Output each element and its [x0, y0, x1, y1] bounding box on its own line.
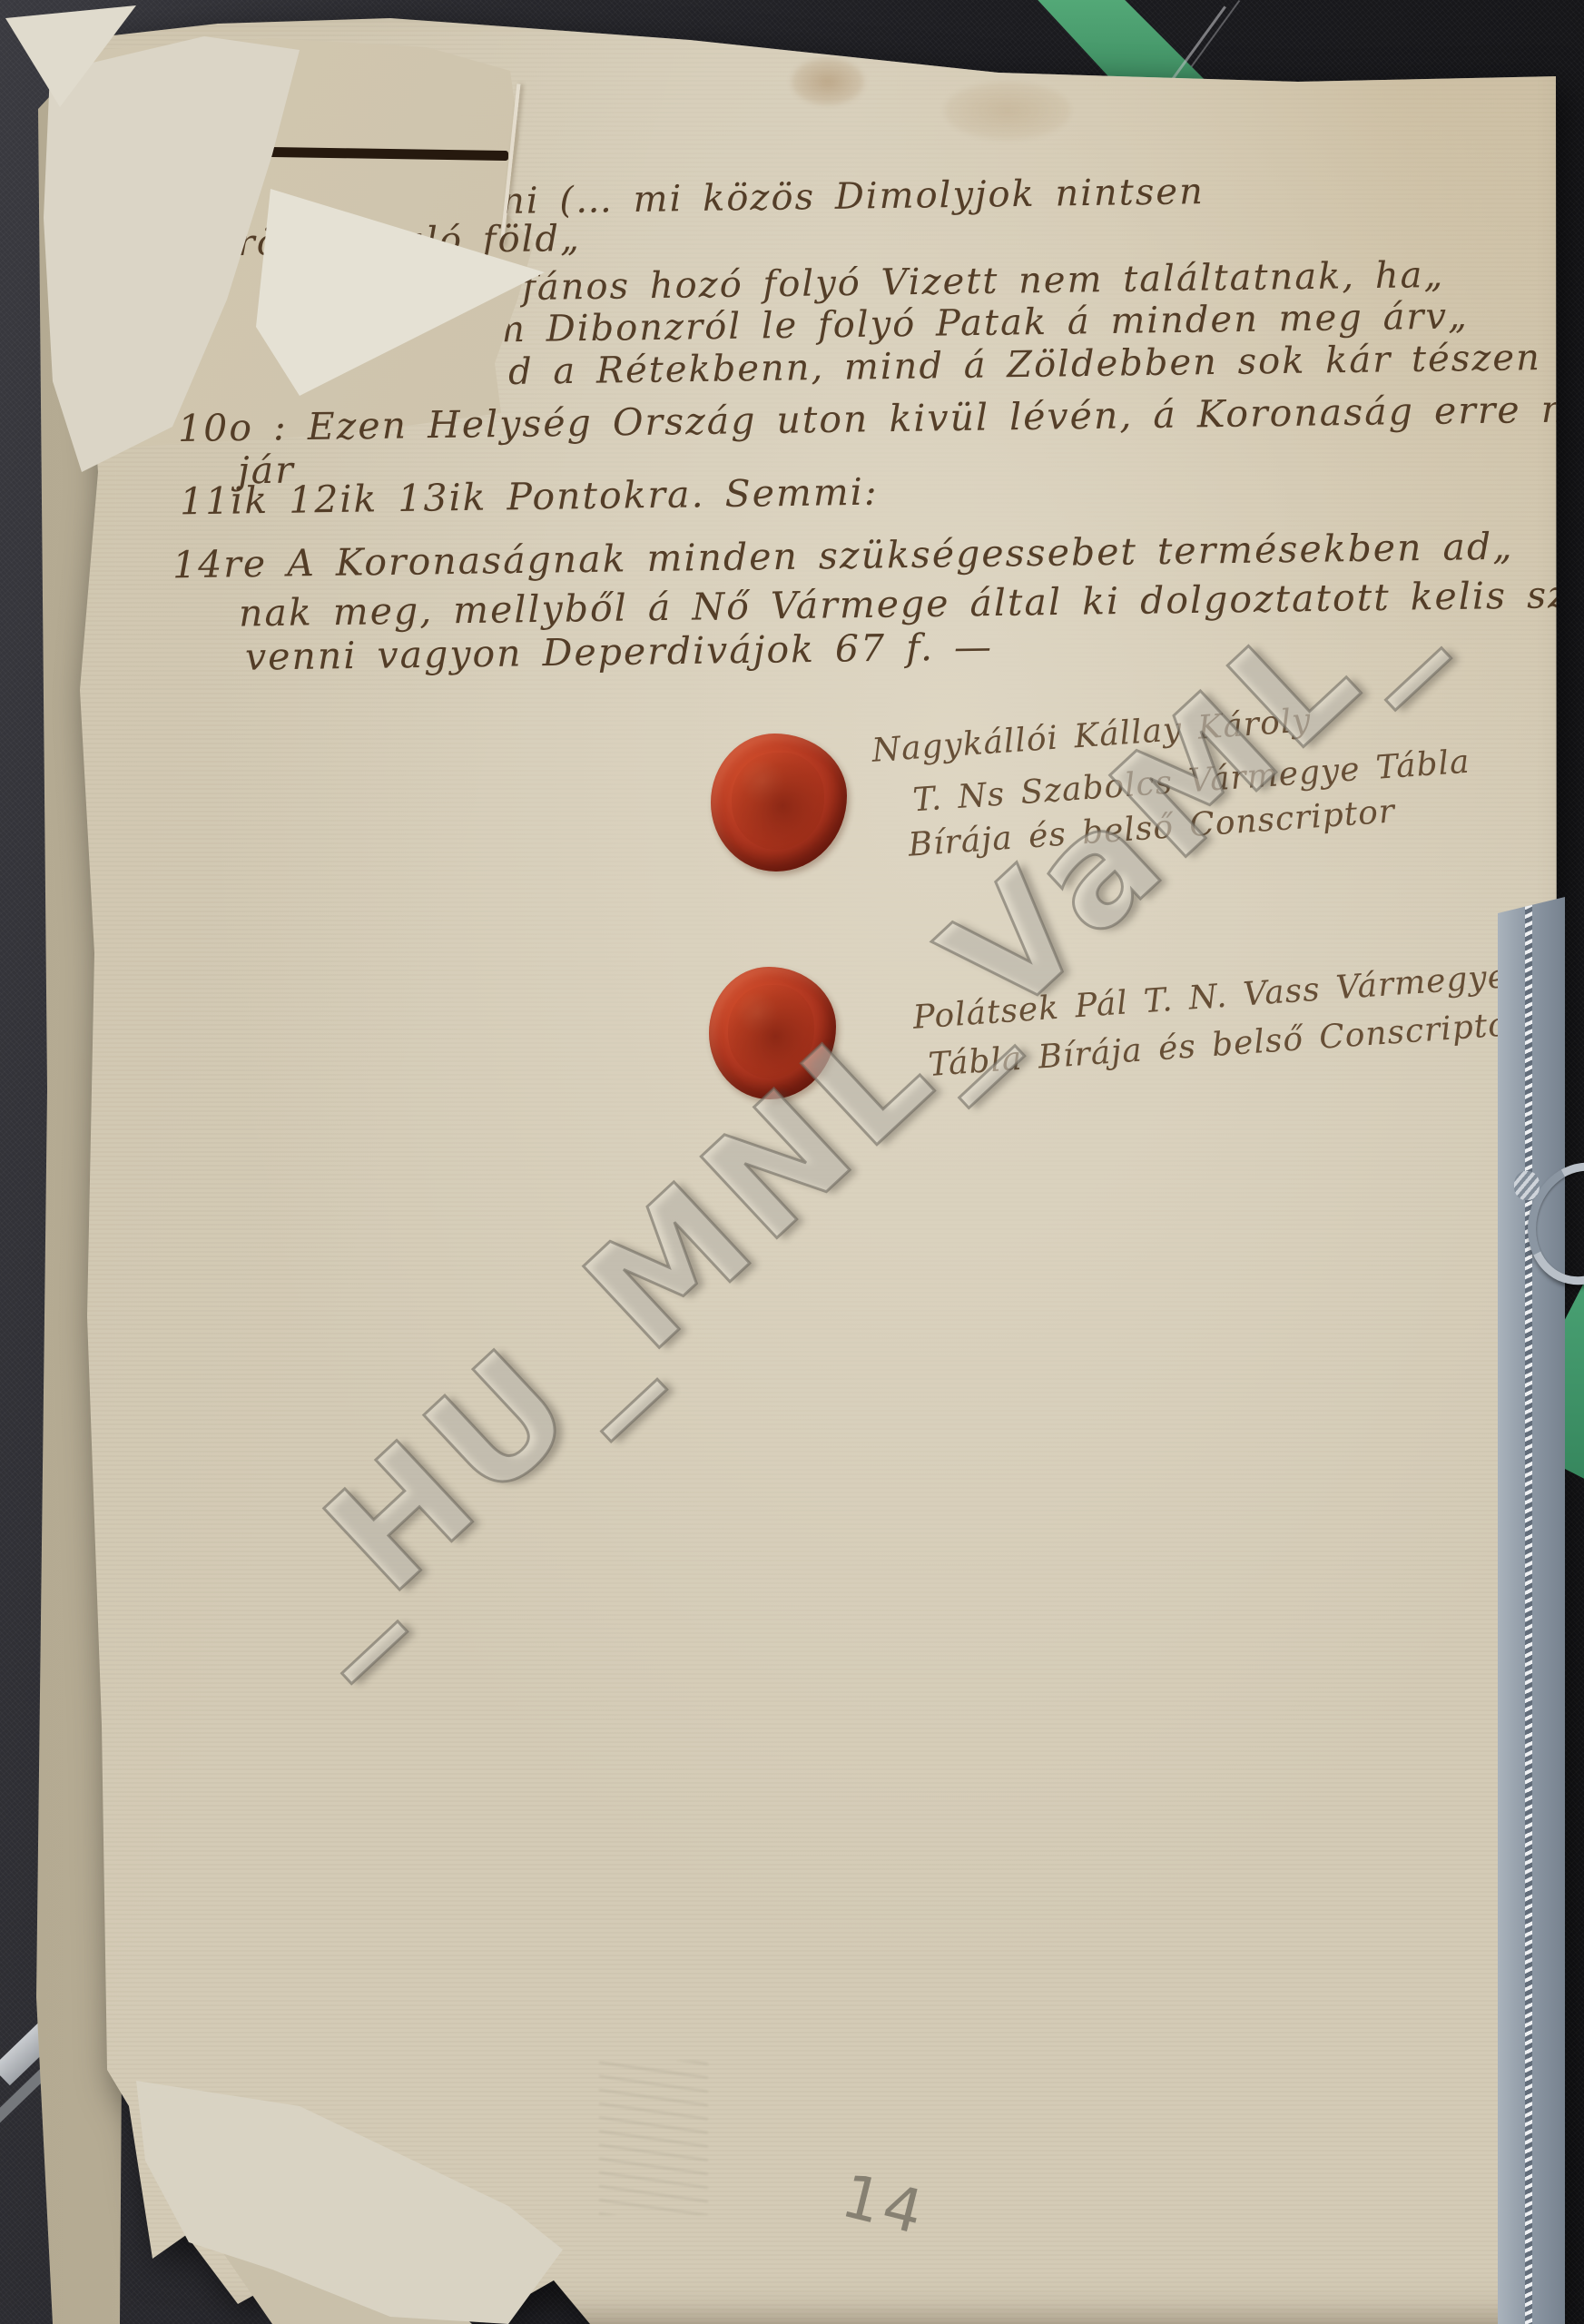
paper-wrap: meg lehet fizetni (… mi közös Dimolyjok …: [0, 0, 1584, 2324]
bleedthrough-marks: [599, 2061, 708, 2215]
page-number-pencil: 14: [835, 2161, 933, 2249]
scanned-archive-document: meg lehet fizetni (… mi közös Dimolyjok …: [0, 0, 1584, 2324]
foxing-stain: [944, 82, 1071, 140]
handwriting-line: venni vagyon Deperdivájok 67 f. —: [245, 625, 994, 679]
handwriting-line: 11ik 12ik 13ik Pontokra. Semmi:: [180, 470, 879, 524]
binding-spine: [1498, 897, 1565, 2324]
manuscript-page: meg lehet fizetni (… mi közös Dimolyjok …: [0, 0, 1584, 2324]
wax-seal-impression: [728, 985, 814, 1078]
binding-cord: [1525, 897, 1532, 2324]
wax-seal-2: [709, 967, 836, 1099]
ink-stain: [792, 58, 864, 105]
wax-seal-1: [711, 734, 847, 871]
cord-knot: [1514, 1171, 1540, 1200]
wax-seal-impression: [732, 753, 824, 849]
